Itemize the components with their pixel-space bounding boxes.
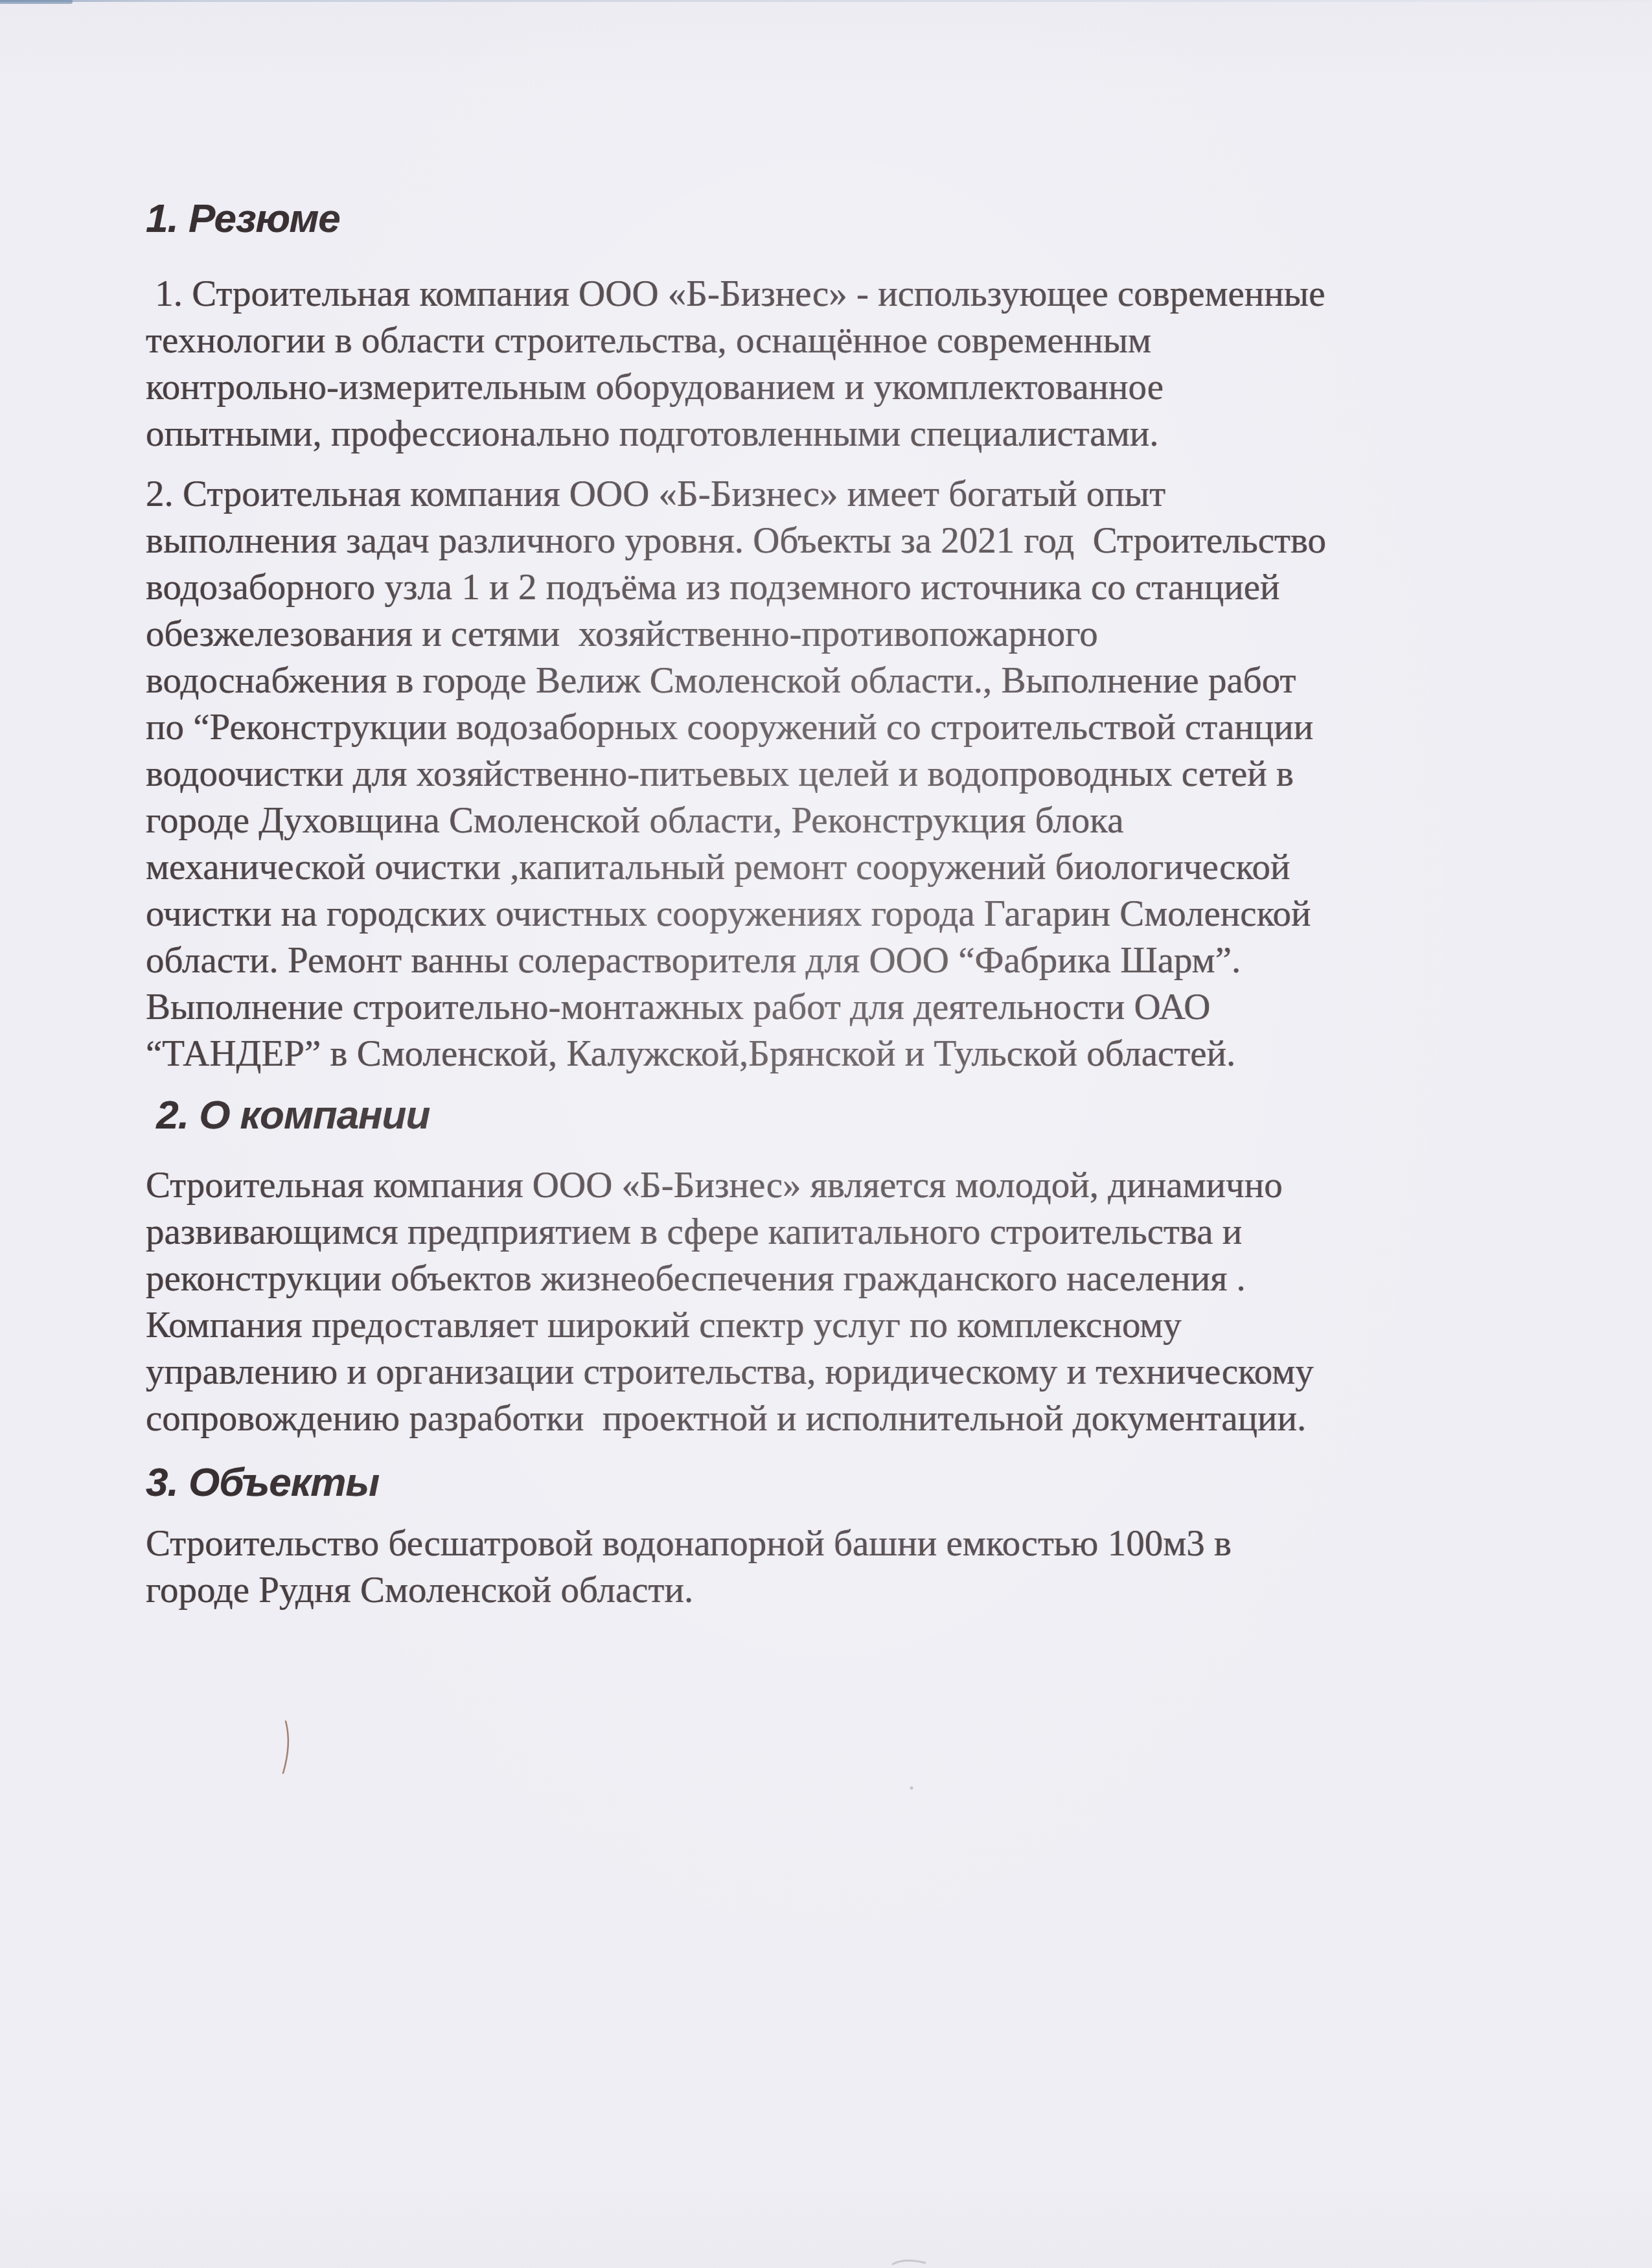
section-heading: 1. Резюме <box>146 194 1383 243</box>
section-heading: 3. Объекты <box>146 1458 1383 1507</box>
section-heading: 2. О компании <box>146 1091 1383 1140</box>
paragraph: 1. Строительная компания ООО «Б-Бизнес» … <box>146 271 1383 457</box>
text-line: 1. Строительная компания ООО «Б-Бизнес» … <box>146 271 1383 317</box>
text-line: обезжелезования и сетями хозяйственно-пр… <box>146 611 1383 658</box>
text-line: Выполнение строительно-монтажных работ д… <box>146 984 1383 1031</box>
text-line: управлению и организации строительства, … <box>146 1349 1383 1395</box>
text-line: Компания предоставляет широкий спектр ус… <box>146 1302 1383 1349</box>
text-line: городе Духовщина Смоленской области, Рек… <box>146 797 1383 844</box>
text-line: выполнения задач различного уровня. Объе… <box>146 518 1383 564</box>
text-line: контрольно-измерительным оборудованием и… <box>146 364 1383 411</box>
text-line: Строительная компания ООО «Б-Бизнес» явл… <box>146 1162 1383 1209</box>
text-line: реконструкции объектов жизнеобеспечения … <box>146 1255 1383 1302</box>
text-line: сопровождению разработки проектной и исп… <box>146 1395 1383 1442</box>
text-line: технологии в области строительства, осна… <box>146 317 1383 364</box>
paragraph: Строительство бесшатровой водонапорной б… <box>146 1520 1383 1614</box>
scan-hair-artifact <box>283 1721 288 1773</box>
section-objects: 3. Объекты Строительство бесшатровой вод… <box>146 1458 1383 1614</box>
text-line: опытными, профессионально подготовленным… <box>146 411 1383 457</box>
document-content: 1. Резюме 1. Строительная компания ООО «… <box>146 194 1383 1614</box>
scan-edge-corner-shadow <box>0 0 73 4</box>
section-resume: 1. Резюме 1. Строительная компания ООО «… <box>146 194 1383 1077</box>
scan-speck <box>910 1787 913 1790</box>
paragraph: 2. Строительная компания ООО «Б-Бизнес» … <box>146 471 1383 1077</box>
scan-edge-shadow <box>0 0 1652 2</box>
text-line: механической очистки ,капитальный ремонт… <box>146 844 1383 891</box>
text-line: водоснабжения в городе Велиж Смоленской … <box>146 658 1383 704</box>
text-line: водоочистки для хозяйственно-питьевых це… <box>146 751 1383 797</box>
text-line: 2. Строительная компания ООО «Б-Бизнес» … <box>146 471 1383 518</box>
text-line: водозаборного узла 1 и 2 подъёма из подз… <box>146 564 1383 611</box>
text-line: очистки на городских очистных сооружения… <box>146 891 1383 937</box>
text-line: развивающимся предприятием в сфере капит… <box>146 1209 1383 1255</box>
paragraph: Строительная компания ООО «Б-Бизнес» явл… <box>146 1162 1383 1442</box>
text-line: по “Реконструкции водозаборных сооружени… <box>146 704 1383 751</box>
text-line: Строительство бесшатровой водонапорной б… <box>146 1520 1383 1567</box>
scan-smudge-bottom <box>893 2261 925 2265</box>
text-line: “ТАНДЕР” в Смоленской, Калужской,Брянско… <box>146 1031 1383 1077</box>
scanned-document-page: 1. Резюме 1. Строительная компания ООО «… <box>0 0 1652 2268</box>
section-about-company: 2. О компании Строительная компания ООО … <box>146 1091 1383 1442</box>
text-line: городе Рудня Смоленской области. <box>146 1567 1383 1614</box>
text-line: области. Ремонт ванны солерастворителя д… <box>146 937 1383 984</box>
